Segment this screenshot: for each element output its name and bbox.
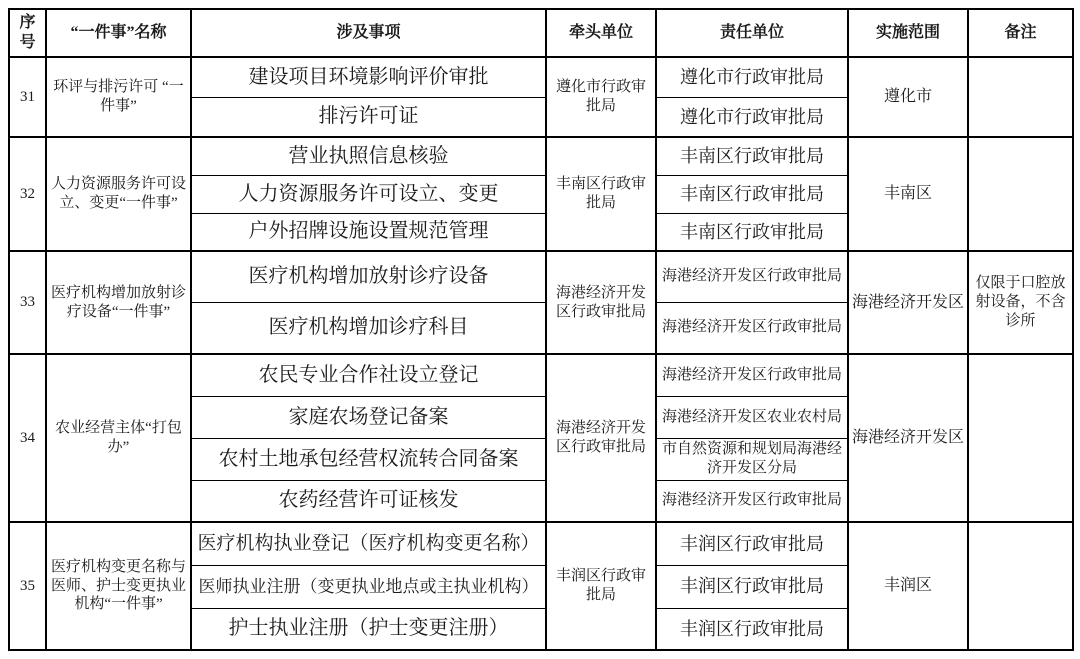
column-header-name: “一件事”名称 xyxy=(46,9,191,57)
table-row: 33医疗机构增加放射诊疗设备“一件事”医疗机构增加放射诊疗设备海港经济开发区行政… xyxy=(9,251,1073,302)
cell-resp: 海港经济开发区行政审批局 xyxy=(656,354,848,396)
cell-seq: 32 xyxy=(9,137,46,251)
column-header-matter: 涉及事项 xyxy=(191,9,546,57)
cell-matter: 营业执照信息核验 xyxy=(191,137,546,175)
cell-scope: 海港经济开发区 xyxy=(848,251,968,354)
table-row: 34农业经营主体“打包办”农民专业合作社设立登记海港经济开发区行政审批局海港经济… xyxy=(9,354,1073,396)
cell-lead: 遵化市行政审批局 xyxy=(546,57,656,137)
table-row: 35医疗机构变更名称与医师、护士变更执业机构“一件事”医疗机构执业登记（医疗机构… xyxy=(9,522,1073,565)
cell-matter: 医疗机构增加诊疗科目 xyxy=(191,302,546,354)
document-page: 序号 “一件事”名称 涉及事项 牵头单位 责任单位 实施范围 备注 31环评与排… xyxy=(0,0,1080,659)
cell-note xyxy=(968,354,1073,522)
cell-matter: 农药经营许可证核发 xyxy=(191,480,546,522)
cell-lead: 海港经济开发区行政审批局 xyxy=(546,251,656,354)
cell-matter: 户外招牌设施设置规范管理 xyxy=(191,213,546,251)
cell-matter: 排污许可证 xyxy=(191,97,546,137)
cell-scope: 海港经济开发区 xyxy=(848,354,968,522)
cell-scope: 丰润区 xyxy=(848,522,968,650)
cell-matter: 人力资源服务许可设立、变更 xyxy=(191,175,546,213)
cell-name: 人力资源服务许可设立、变更“一件事” xyxy=(46,137,191,251)
cell-lead: 丰润区行政审批局 xyxy=(546,522,656,650)
cell-resp: 丰润区行政审批局 xyxy=(656,522,848,565)
table-row: 32人力资源服务许可设立、变更“一件事”营业执照信息核验丰南区行政审批局丰南区行… xyxy=(9,137,1073,175)
table-body: 31环评与排污许可 “一件事”建设项目环境影响评价审批遵化市行政审批局遵化市行政… xyxy=(9,57,1073,650)
cell-resp: 丰润区行政审批局 xyxy=(656,565,848,608)
table-row: 31环评与排污许可 “一件事”建设项目环境影响评价审批遵化市行政审批局遵化市行政… xyxy=(9,57,1073,97)
cell-scope: 丰南区 xyxy=(848,137,968,251)
column-header-note: 备注 xyxy=(968,9,1073,57)
cell-matter: 医疗机构增加放射诊疗设备 xyxy=(191,251,546,302)
cell-resp: 丰南区行政审批局 xyxy=(656,213,848,251)
cell-resp: 市自然资源和规划局海港经济开发区分局 xyxy=(656,438,848,480)
cell-name: 医疗机构增加放射诊疗设备“一件事” xyxy=(46,251,191,354)
cell-resp: 丰润区行政审批局 xyxy=(656,608,848,650)
cell-matter: 医师执业注册（变更执业地点或主执业机构） xyxy=(191,565,546,608)
cell-seq: 33 xyxy=(9,251,46,354)
cell-lead: 海港经济开发区行政审批局 xyxy=(546,354,656,522)
cell-lead: 丰南区行政审批局 xyxy=(546,137,656,251)
cell-resp: 海港经济开发区行政审批局 xyxy=(656,480,848,522)
cell-resp: 海港经济开发区农业农村局 xyxy=(656,396,848,438)
cell-scope: 遵化市 xyxy=(848,57,968,137)
cell-seq: 31 xyxy=(9,57,46,137)
cell-resp: 丰南区行政审批局 xyxy=(656,175,848,213)
cell-resp: 遵化市行政审批局 xyxy=(656,57,848,97)
cell-note xyxy=(968,137,1073,251)
cell-name: 医疗机构变更名称与医师、护士变更执业机构“一件事” xyxy=(46,522,191,650)
cell-matter: 农村土地承包经营权流转合同备案 xyxy=(191,438,546,480)
cell-seq: 34 xyxy=(9,354,46,522)
cell-note xyxy=(968,522,1073,650)
cell-resp: 海港经济开发区行政审批局 xyxy=(656,302,848,354)
one-matter-table: 序号 “一件事”名称 涉及事项 牵头单位 责任单位 实施范围 备注 31环评与排… xyxy=(8,8,1074,651)
cell-resp: 海港经济开发区行政审批局 xyxy=(656,251,848,302)
table-header-row: 序号 “一件事”名称 涉及事项 牵头单位 责任单位 实施范围 备注 xyxy=(9,9,1073,57)
cell-name: 环评与排污许可 “一件事” xyxy=(46,57,191,137)
column-header-resp: 责任单位 xyxy=(656,9,848,57)
cell-matter: 家庭农场登记备案 xyxy=(191,396,546,438)
cell-resp: 丰南区行政审批局 xyxy=(656,137,848,175)
cell-matter: 护士执业注册（护士变更注册） xyxy=(191,608,546,650)
cell-resp: 遵化市行政审批局 xyxy=(656,97,848,137)
column-header-seq: 序号 xyxy=(9,9,46,57)
column-header-lead: 牵头单位 xyxy=(546,9,656,57)
cell-seq: 35 xyxy=(9,522,46,650)
cell-matter: 建设项目环境影响评价审批 xyxy=(191,57,546,97)
column-header-scope: 实施范围 xyxy=(848,9,968,57)
cell-name: 农业经营主体“打包办” xyxy=(46,354,191,522)
cell-note xyxy=(968,57,1073,137)
cell-note: 仅限于口腔放射设备，不含诊所 xyxy=(968,251,1073,354)
cell-matter: 医疗机构执业登记（医疗机构变更名称） xyxy=(191,522,546,565)
cell-matter: 农民专业合作社设立登记 xyxy=(191,354,546,396)
